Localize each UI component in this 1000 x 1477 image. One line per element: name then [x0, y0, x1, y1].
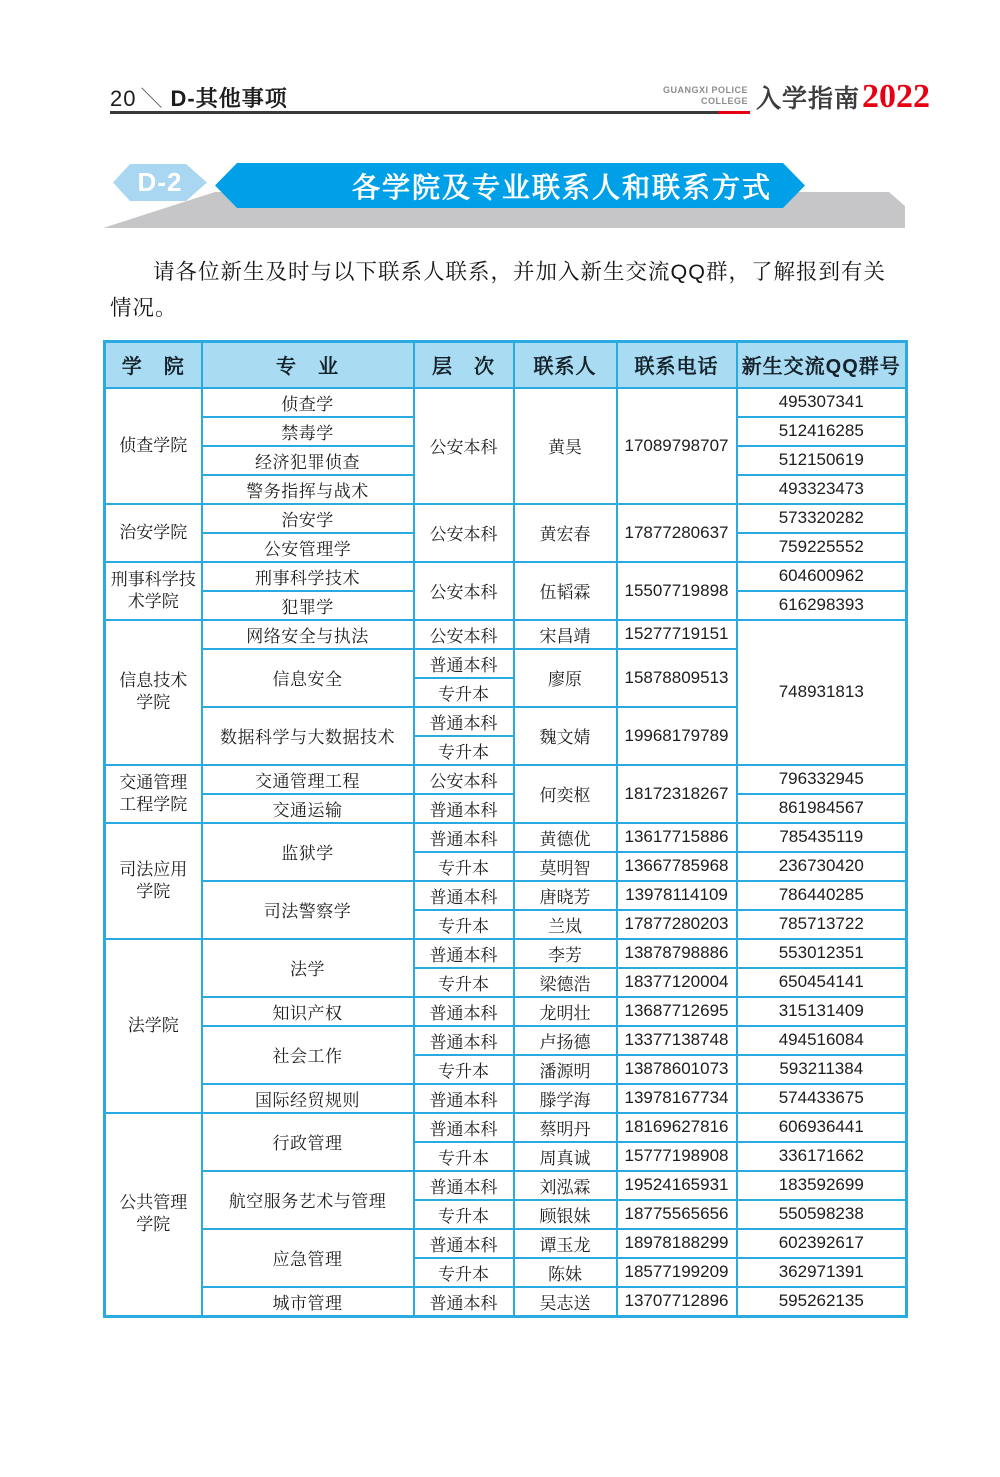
cell-qq: 336171662: [737, 1142, 907, 1171]
banner-blue-ribbon: 各学院及专业联系人和联系方式: [215, 163, 805, 208]
cell-level: 专升本: [414, 968, 514, 997]
cell-level: 普通本科: [414, 939, 514, 968]
cell-qq: 553012351: [737, 939, 907, 968]
cell-qq: 595262135: [737, 1287, 907, 1317]
cell-contact: 龙明壮: [514, 997, 617, 1026]
cell-contact: 伍韬霖: [514, 562, 617, 620]
cell-contact: 周真诚: [514, 1142, 617, 1171]
cell-phone: 19524165931: [617, 1171, 737, 1200]
table-row: 司法警察学普通本科唐晓芳13978114109786440285: [105, 881, 907, 910]
cell-qq: 606936441: [737, 1113, 907, 1142]
cell-contact: 魏文婧: [514, 707, 617, 765]
cell-phone: 15507719898: [617, 562, 737, 620]
cell-qq: 604600962: [737, 562, 907, 591]
column-header: 层 次: [414, 342, 514, 388]
logo-line2: COLLEGE: [620, 96, 748, 107]
cell-college: 法学院: [105, 939, 202, 1113]
cell-level: 专升本: [414, 1055, 514, 1084]
table-row: 治安学院治安学公安本科黄宏春17877280637573320282: [105, 504, 907, 533]
cell-phone: 18775565656: [617, 1200, 737, 1229]
cell-college: 司法应用 学院: [105, 823, 202, 939]
cell-level: 普通本科: [414, 1171, 514, 1200]
cell-contact: 兰岚: [514, 910, 617, 939]
cell-contact: 宋昌靖: [514, 620, 617, 649]
cell-qq: 602392617: [737, 1229, 907, 1258]
cell-contact: 陈妹: [514, 1258, 617, 1287]
cell-major: 航空服务艺术与管理: [202, 1171, 414, 1229]
column-header: 联系人: [514, 342, 617, 388]
cell-level: 公安本科: [414, 562, 514, 620]
table-row: 公共管理 学院行政管理普通本科蔡明丹18169627816606936441: [105, 1113, 907, 1142]
cell-major: 交通管理工程: [202, 765, 414, 794]
cell-contact: 顾银妹: [514, 1200, 617, 1229]
cell-contact: 吴志送: [514, 1287, 617, 1317]
cell-phone: 17877280637: [617, 504, 737, 562]
cell-contact: 滕学海: [514, 1084, 617, 1113]
cell-qq: 650454141: [737, 968, 907, 997]
cell-contact: 刘泓霖: [514, 1171, 617, 1200]
cell-level: 专升本: [414, 1200, 514, 1229]
logo-line1: GUANGXI POLICE: [620, 85, 748, 96]
cell-contact: 蔡明丹: [514, 1113, 617, 1142]
cell-level: 普通本科: [414, 794, 514, 823]
cell-major: 网络安全与执法: [202, 620, 414, 649]
cell-major: 侦查学: [202, 388, 414, 417]
table-row: 国际经贸规则普通本科滕学海13978167734574433675: [105, 1084, 907, 1113]
cell-major: 国际经贸规则: [202, 1084, 414, 1113]
table-row: 司法应用 学院监狱学普通本科黄德优13617715886785435119: [105, 823, 907, 852]
cell-contact: 黄德优: [514, 823, 617, 852]
cell-major: 公安管理学: [202, 533, 414, 562]
cell-qq: 573320282: [737, 504, 907, 533]
cell-phone: 15277719151: [617, 620, 737, 649]
cell-level: 专升本: [414, 910, 514, 939]
cell-level: 普通本科: [414, 1026, 514, 1055]
guide-year: 2022: [862, 78, 930, 116]
cell-level: 公安本科: [414, 504, 514, 562]
cell-level: 普通本科: [414, 707, 514, 736]
cell-level: 专升本: [414, 1258, 514, 1287]
separator-slash: ＼: [140, 86, 162, 111]
table-row: 法学院法学普通本科李芳13878798886553012351: [105, 939, 907, 968]
cell-college: 交通管理 工程学院: [105, 765, 202, 823]
table-row: 知识产权普通本科龙明壮13687712695315131409: [105, 997, 907, 1026]
cell-level: 专升本: [414, 736, 514, 765]
cell-major: 犯罪学: [202, 591, 414, 620]
cell-phone: 18577199209: [617, 1258, 737, 1287]
cell-contact: 潘源明: [514, 1055, 617, 1084]
cell-major: 经济犯罪侦查: [202, 446, 414, 475]
cell-major: 数据科学与大数据技术: [202, 707, 414, 765]
cell-major: 治安学: [202, 504, 414, 533]
page: 20＼D-其他事项 GUANGXI POLICE COLLEGE 入学指南 20…: [0, 0, 1000, 1477]
banner-title: 各学院及专业联系人和联系方式: [215, 166, 805, 206]
cell-qq: 786440285: [737, 881, 907, 910]
cell-contact: 李芳: [514, 939, 617, 968]
cell-phone: 18377120004: [617, 968, 737, 997]
cell-major: 刑事科学技术: [202, 562, 414, 591]
cell-level: 专升本: [414, 678, 514, 707]
cell-level: 公安本科: [414, 765, 514, 794]
column-header: 专 业: [202, 342, 414, 388]
cell-qq: 236730420: [737, 852, 907, 881]
cell-qq: 616298393: [737, 591, 907, 620]
page-number: 20: [110, 86, 136, 111]
cell-college: 刑事科学技 术学院: [105, 562, 202, 620]
cell-qq: 593211384: [737, 1055, 907, 1084]
cell-major: 监狱学: [202, 823, 414, 881]
cell-contact: 何奕枢: [514, 765, 617, 823]
cell-qq: 512150619: [737, 446, 907, 475]
cell-college: 信息技术 学院: [105, 620, 202, 765]
cell-contact: 梁德浩: [514, 968, 617, 997]
cell-level: 专升本: [414, 852, 514, 881]
cell-college: 侦查学院: [105, 388, 202, 504]
cell-phone: 18169627816: [617, 1113, 737, 1142]
cell-major: 社会工作: [202, 1026, 414, 1084]
cell-major: 行政管理: [202, 1113, 414, 1171]
cell-college: 公共管理 学院: [105, 1113, 202, 1317]
column-header: 联系电话: [617, 342, 737, 388]
table-row: 信息技术 学院网络安全与执法公安本科宋昌靖1527771915174893181…: [105, 620, 907, 649]
table-row: 交通运输普通本科861984567: [105, 794, 907, 823]
cell-phone: 18978188299: [617, 1229, 737, 1258]
cell-level: 专升本: [414, 1142, 514, 1171]
cell-contact: 黄昊: [514, 388, 617, 504]
header-rule: [110, 111, 750, 114]
header-rule-red-segment: [718, 111, 750, 114]
cell-phone: 17089798707: [617, 388, 737, 504]
cell-college: 治安学院: [105, 504, 202, 562]
cell-level: 普通本科: [414, 823, 514, 852]
cell-qq: 362971391: [737, 1258, 907, 1287]
cell-contact: 谭玉龙: [514, 1229, 617, 1258]
cell-phone: 13878798886: [617, 939, 737, 968]
cell-major: 法学: [202, 939, 414, 997]
contact-table-body: 侦查学院侦查学公安本科黄昊17089798707495307341禁毒学5124…: [105, 388, 907, 1317]
cell-qq: 785435119: [737, 823, 907, 852]
cell-level: 普通本科: [414, 1229, 514, 1258]
section-tag-label: D-2: [138, 167, 183, 198]
cell-qq: 759225552: [737, 533, 907, 562]
cell-major: 信息安全: [202, 649, 414, 707]
cell-phone: 13978114109: [617, 881, 737, 910]
cell-level: 普通本科: [414, 1287, 514, 1317]
cell-level: 公安本科: [414, 620, 514, 649]
guide-title: 入学指南: [756, 79, 860, 115]
table-row: 侦查学院侦查学公安本科黄昊17089798707495307341: [105, 388, 907, 417]
cell-level: 普通本科: [414, 1113, 514, 1142]
table-header-row: 学 院专 业层 次联系人联系电话新生交流QQ群号: [105, 342, 907, 388]
table-row: 刑事科学技 术学院刑事科学技术公安本科伍韬霖155077198986046009…: [105, 562, 907, 591]
table-row: 应急管理普通本科谭玉龙18978188299602392617: [105, 1229, 907, 1258]
guide-title-block: 入学指南 2022: [756, 78, 930, 116]
cell-major: 交通运输: [202, 794, 414, 823]
cell-major: 警务指挥与战术: [202, 475, 414, 504]
cell-qq: 574433675: [737, 1084, 907, 1113]
cell-qq: 550598238: [737, 1200, 907, 1229]
cell-qq: 315131409: [737, 997, 907, 1026]
cell-contact: 黄宏春: [514, 504, 617, 562]
cell-phone: 13617715886: [617, 823, 737, 852]
cell-level: 普通本科: [414, 881, 514, 910]
cell-level: 普通本科: [414, 1084, 514, 1113]
column-header: 学 院: [105, 342, 202, 388]
cell-level: 普通本科: [414, 649, 514, 678]
intro-paragraph: 请各位新生及时与以下联系人联系，并加入新生交流QQ群，了解报到有关情况。: [110, 254, 905, 326]
cell-contact: 卢扬德: [514, 1026, 617, 1055]
cell-phone: 13878601073: [617, 1055, 737, 1084]
section-tag-badge: D-2: [113, 164, 207, 201]
table-row: 城市管理普通本科吴志送13707712896595262135: [105, 1287, 907, 1317]
cell-qq: 785713722: [737, 910, 907, 939]
cell-qq: 861984567: [737, 794, 907, 823]
cell-contact: 廖原: [514, 649, 617, 707]
cell-phone: 18172318267: [617, 765, 737, 823]
table-row: 交通管理 工程学院交通管理工程公安本科何奕枢181723182677963329…: [105, 765, 907, 794]
cell-qq: 183592699: [737, 1171, 907, 1200]
cell-major: 城市管理: [202, 1287, 414, 1317]
cell-qq: 512416285: [737, 417, 907, 446]
column-header: 新生交流QQ群号: [737, 342, 907, 388]
cell-qq: 748931813: [737, 620, 907, 765]
cell-major: 禁毒学: [202, 417, 414, 446]
cell-major: 知识产权: [202, 997, 414, 1026]
cell-phone: 13978167734: [617, 1084, 737, 1113]
section-banner: 各学院及专业联系人和联系方式 D-2: [103, 160, 905, 230]
cell-qq: 493323473: [737, 475, 907, 504]
cell-qq: 494516084: [737, 1026, 907, 1055]
cell-phone: 15777198908: [617, 1142, 737, 1171]
cell-contact: 莫明智: [514, 852, 617, 881]
cell-phone: 13707712896: [617, 1287, 737, 1317]
contact-table: 学 院专 业层 次联系人联系电话新生交流QQ群号 侦查学院侦查学公安本科黄昊17…: [103, 340, 908, 1318]
cell-major: 司法警察学: [202, 881, 414, 939]
cell-major: 应急管理: [202, 1229, 414, 1287]
cell-phone: 17877280203: [617, 910, 737, 939]
cell-contact: 唐晓芳: [514, 881, 617, 910]
cell-phone: 13377138748: [617, 1026, 737, 1055]
cell-qq: 796332945: [737, 765, 907, 794]
section-label: D-其他事项: [171, 86, 288, 111]
cell-phone: 15878809513: [617, 649, 737, 707]
college-logo-text: GUANGXI POLICE COLLEGE: [620, 85, 748, 107]
cell-level: 公安本科: [414, 388, 514, 504]
page-header-left: 20＼D-其他事项: [110, 82, 288, 113]
table-row: 社会工作普通本科卢扬德13377138748494516084: [105, 1026, 907, 1055]
cell-qq: 495307341: [737, 388, 907, 417]
cell-level: 普通本科: [414, 997, 514, 1026]
cell-phone: 13687712695: [617, 997, 737, 1026]
cell-phone: 13667785968: [617, 852, 737, 881]
table-row: 航空服务艺术与管理普通本科刘泓霖19524165931183592699: [105, 1171, 907, 1200]
cell-phone: 19968179789: [617, 707, 737, 765]
